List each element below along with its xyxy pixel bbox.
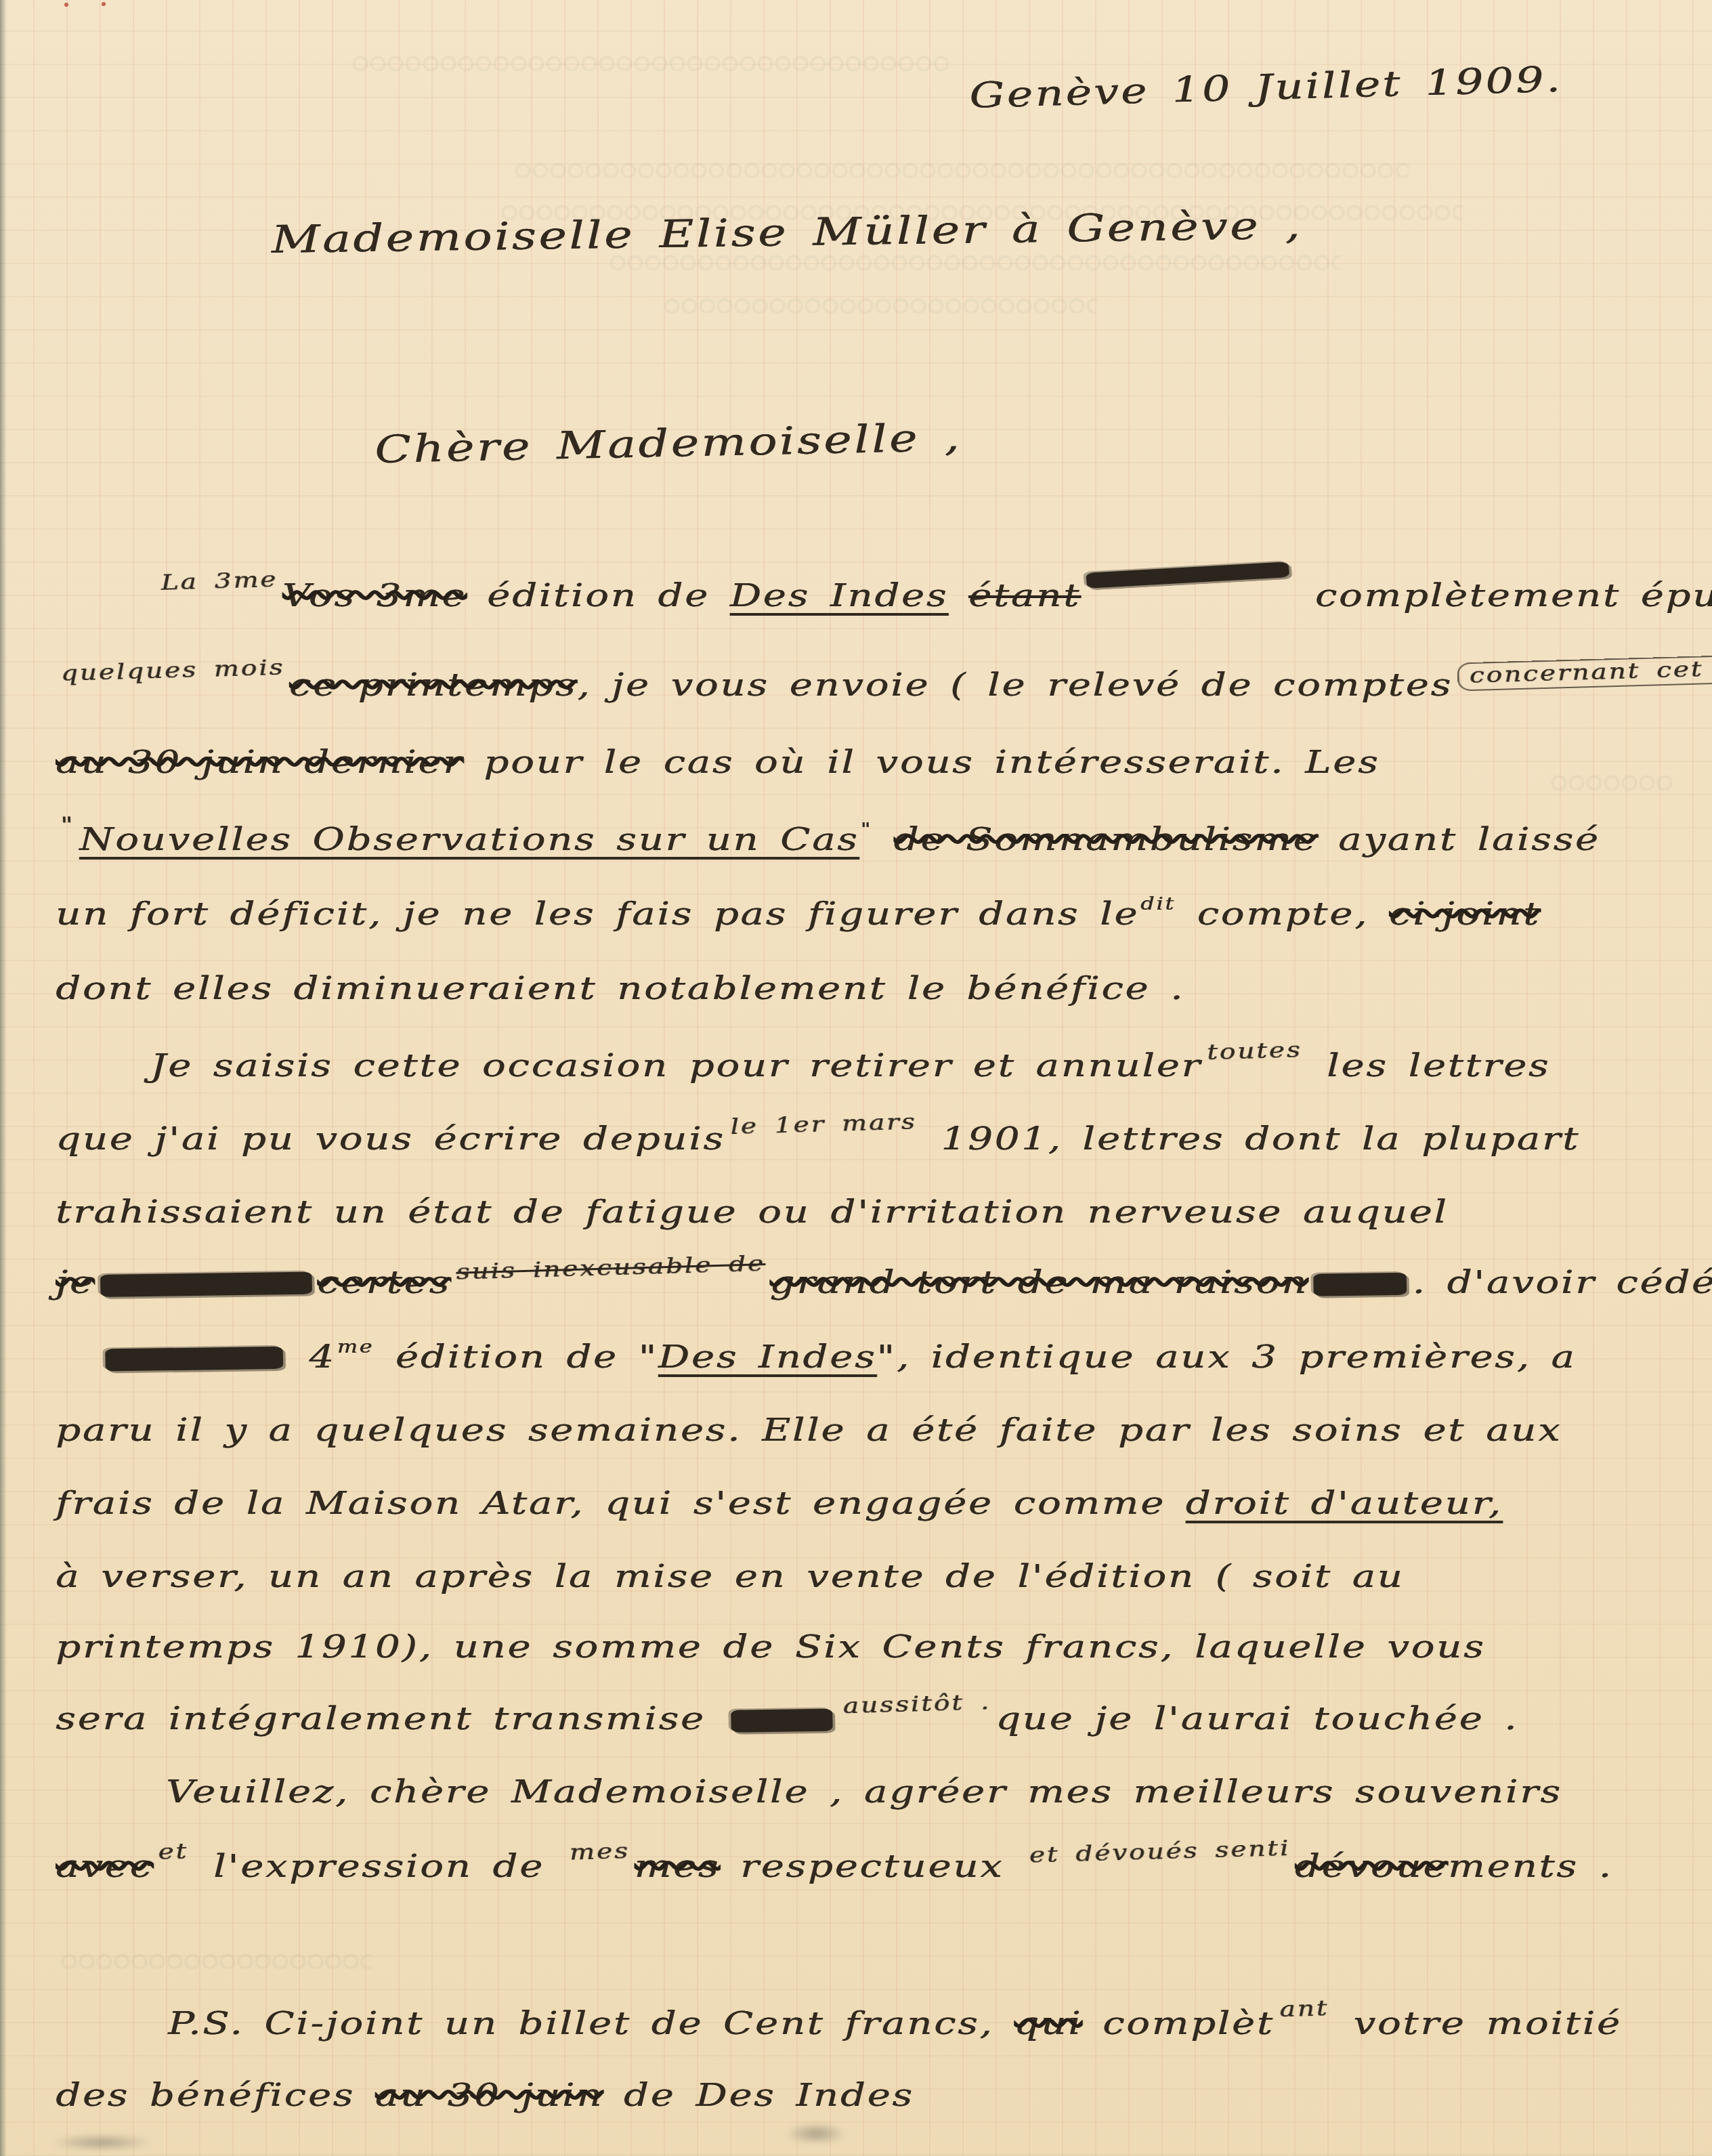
handwritten-text: " <box>60 813 74 838</box>
handwritten-text: paru il y a quelques semaines. Elle a ét… <box>56 1412 1562 1448</box>
handwritten-text: La 3me <box>160 568 278 595</box>
p1-l5: un fort déficit, je ne les fais pas figu… <box>56 895 1541 932</box>
handwritten-text: toutes <box>1206 1038 1302 1065</box>
handwritten-text: " <box>860 820 872 839</box>
scan-smudge <box>27 2131 176 2154</box>
handwritten-text: Chère Mademoiselle , <box>374 416 962 472</box>
ink-blot <box>731 1709 833 1733</box>
handwritten-text: ", identique aux 3 premières, a <box>876 1338 1576 1375</box>
handwritten-text: Des Indes <box>658 1338 877 1375</box>
p1-l3: au 30 juin dernier pour le cas où il vou… <box>56 744 1379 780</box>
ink-blot <box>106 1347 284 1372</box>
handwritten-text: que j'ai pu vous écrire depuis <box>56 1120 725 1157</box>
handwritten-text: compte, <box>1177 895 1389 932</box>
handwritten-text: certes <box>317 1264 451 1301</box>
handwritten-text: sera intégralement transmise <box>56 1700 726 1737</box>
ghost-writing <box>664 295 1097 313</box>
ghost-writing <box>515 160 1409 177</box>
handwritten-text: que je l'aurai touchée . <box>996 1700 1518 1737</box>
p2-l3: trahissaient un état de fatigue ou d'irr… <box>56 1193 1449 1230</box>
p2-l4: jecertessuis inexcusable degrand tort de… <box>56 1264 1712 1301</box>
handwritten-text: aussitôt . <box>842 1690 991 1718</box>
handwritten-text: Veuillez, chère Mademoiselle , agréer me… <box>166 1773 1562 1810</box>
handwritten-text: à verser, un an après la mise en vente d… <box>56 1558 1405 1594</box>
ps-l1: P.S. Ci-joint un billet de Cent francs, … <box>168 2005 1622 2042</box>
handwritten-text: au 30 juin dernier <box>56 744 464 780</box>
handwritten-text: ments . <box>1448 1848 1613 1884</box>
handwritten-text: quelques mois <box>60 656 284 686</box>
handwritten-text <box>874 821 894 858</box>
scan-smudge <box>772 2119 860 2149</box>
handwritten-text: Je saisis cette occasion pour retirer et… <box>150 1047 1202 1084</box>
ghost-writing <box>61 1951 372 1968</box>
handwritten-text: mes <box>635 1848 721 1884</box>
date-line: Genève 10 Juillet 1909. <box>968 60 1563 117</box>
handwritten-text: . d'avoir cédé <box>1412 1264 1712 1301</box>
scan-speck <box>102 2 106 6</box>
handwritten-text: trahissaient un état de fatigue ou d'irr… <box>56 1193 1449 1230</box>
handwritten-text: et <box>158 1840 189 1865</box>
ink-blot <box>1086 562 1289 589</box>
handwritten-text: de Des Indes <box>603 2077 914 2113</box>
p1-l4: "Nouvelles Observations sur un Cas" de S… <box>56 821 1600 858</box>
handwritten-text: Genève 10 Juillet 1909. <box>968 60 1563 117</box>
handwritten-text: complèt <box>1082 2005 1275 2042</box>
handwritten-text: droit d'auteur, <box>1186 1485 1503 1521</box>
p1-l6: dont elles diminueraient notablement le … <box>56 970 1184 1007</box>
handwritten-text: me <box>337 1337 374 1357</box>
ink-blot <box>100 1271 312 1296</box>
scan-edge <box>0 0 7 2156</box>
p2-l2: que j'ai pu vous écrire depuisle 1er mar… <box>56 1120 1580 1157</box>
handwritten-text: Vos 3me <box>282 577 467 614</box>
handwritten-text: ci-joint <box>1389 895 1541 932</box>
handwritten-text: suis inexcusable de <box>455 1252 765 1285</box>
handwritten-text: frais de la Maison Atar, qui s'est engag… <box>56 1485 1186 1521</box>
p3-l6: sera intégralement transmise aussitôt .q… <box>56 1700 1518 1737</box>
handwritten-text: je <box>56 1264 95 1301</box>
handwritten-text: votre moitié <box>1333 2005 1622 2042</box>
p3-l5: printemps 1910), une somme de Six Cents … <box>56 1628 1485 1665</box>
handwritten-text: pour le cas où il vous intéresserait. Le… <box>464 744 1380 780</box>
handwritten-text: qui <box>1014 2005 1082 2042</box>
handwritten-text: avec <box>56 1848 154 1884</box>
handwritten-text: de Somnambulisme <box>893 821 1318 858</box>
handwritten-text: l'expression de <box>193 1848 564 1884</box>
handwritten-text: 1901, lettres dont la plupart <box>921 1120 1580 1157</box>
handwritten-text: complètement épuisée, depuis <box>1295 577 1712 614</box>
handwritten-text: , je vous envoie ( le relevé de comptes <box>577 667 1453 703</box>
handwritten-text: au 30 juin <box>375 2077 603 2113</box>
handwritten-text: grand tort de ma raison <box>769 1264 1308 1301</box>
p3-l3: frais de la Maison Atar, qui s'est engag… <box>56 1485 1503 1521</box>
handwritten-text: concernant cet ouvrage <box>1457 652 1712 691</box>
handwritten-text: ant <box>1279 1996 1329 2022</box>
p2-l1: Je saisis cette occasion pour retirer et… <box>150 1047 1550 1084</box>
handwritten-text: un fort déficit, je ne les fais pas figu… <box>56 895 1139 932</box>
handwritten-text: les lettres <box>1306 1047 1550 1084</box>
handwritten-text: Nouvelles Observations sur un Cas <box>79 821 859 858</box>
letter-page: Genève 10 Juillet 1909.Mademoiselle Elis… <box>0 0 1712 2156</box>
p1-l2: quelques moisce printemps, je vous envoi… <box>56 667 1712 704</box>
handwritten-text: P.S. Ci-joint un billet de Cent francs, <box>168 2005 1014 2042</box>
handwritten-text: étant <box>968 577 1081 614</box>
handwritten-text: et dévoués senti <box>1029 1836 1291 1868</box>
salutation: Chère Mademoiselle , <box>374 416 962 472</box>
handwritten-text: ce printemps <box>289 667 577 703</box>
handwritten-text: dit <box>1140 894 1176 914</box>
handwritten-text <box>948 577 968 614</box>
handwritten-text: printemps 1910), une somme de Six Cents … <box>56 1628 1485 1665</box>
handwritten-text: 4 <box>289 1338 336 1375</box>
p1-l1: La 3meVos 3me édition de Des Indes étant… <box>156 577 1712 614</box>
handwritten-text: respectueux <box>720 1848 1024 1884</box>
ghost-writing <box>352 53 948 70</box>
p3-l1: 4me édition de "Des Indes", identique au… <box>100 1338 1577 1375</box>
handwritten-text: ayant laissé <box>1318 821 1600 858</box>
ghost-writing <box>1551 772 1673 790</box>
handwritten-text: mes <box>569 1839 630 1865</box>
handwritten-text: des bénéfices <box>56 2077 375 2113</box>
scan-speck <box>64 3 68 7</box>
handwritten-text: Des Indes <box>730 577 949 614</box>
handwritten-text: dont elles diminueraient notablement le … <box>56 970 1184 1007</box>
ink-blot <box>1314 1273 1407 1296</box>
handwritten-text: dévoue <box>1295 1848 1448 1884</box>
p3-l2: paru il y a quelques semaines. Elle a ét… <box>56 1412 1562 1448</box>
p3-l4: à verser, un an après la mise en vente d… <box>56 1558 1405 1594</box>
handwritten-text: Mademoiselle Elise Müller à Genève , <box>271 204 1303 262</box>
handwritten-text: le 1er mars <box>729 1110 917 1140</box>
closing-l2: avecet l'expression de mesmes respectueu… <box>56 1848 1613 1884</box>
handwritten-text: édition de <box>467 577 729 614</box>
ps-l2: des bénéfices au 30 juin de Des Indes <box>56 2077 914 2113</box>
handwritten-text: édition de " <box>375 1338 658 1375</box>
closing-l1: Veuillez, chère Mademoiselle , agréer me… <box>166 1773 1562 1810</box>
address-line: Mademoiselle Elise Müller à Genève , <box>271 204 1303 262</box>
